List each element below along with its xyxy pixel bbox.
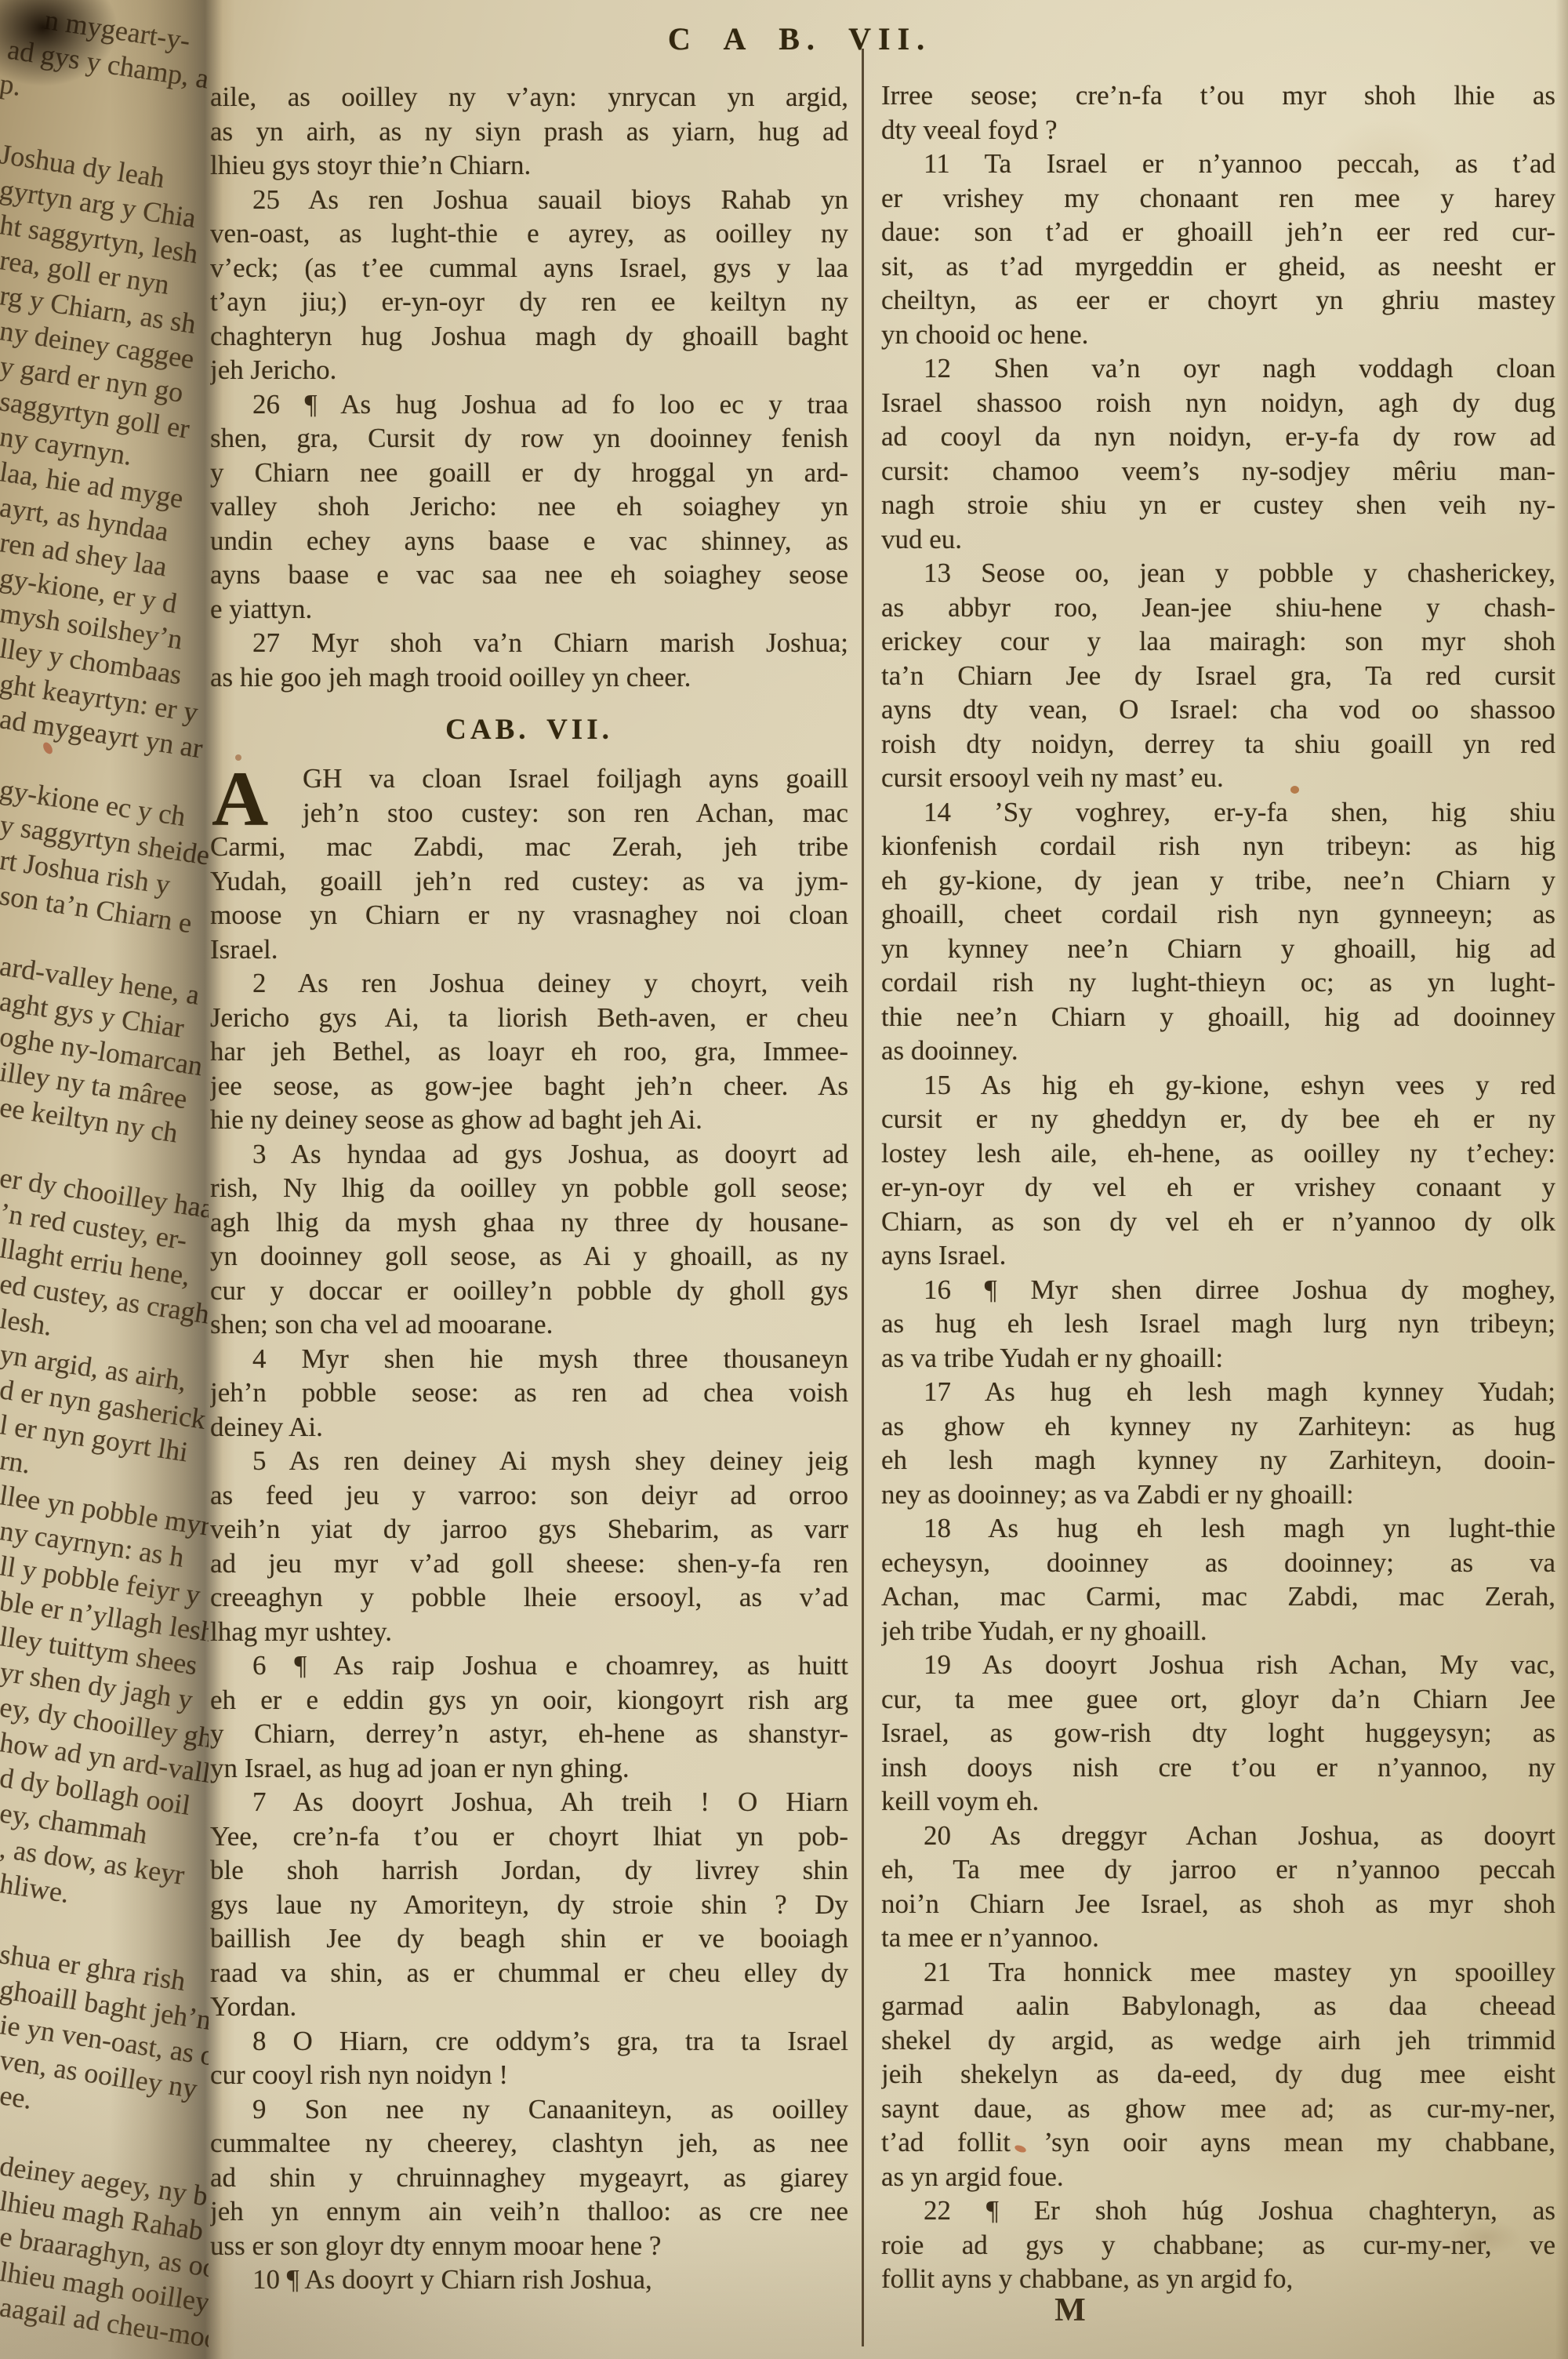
text-line: daue: son t’ad er ghoaill jeh’n eer red …: [881, 215, 1555, 249]
text-line: 14 ’Sy voghrey, er-y-fa shen, hig shiu: [881, 795, 1555, 830]
text-line: ghoaill, cheet cordail rish nyn gynneeyn…: [881, 897, 1555, 932]
text-line: keill voym eh.: [881, 1784, 1555, 1819]
text-line: as abbyr roo, Jean-jee shiu-hene y chash…: [881, 591, 1555, 625]
text-line: 21 Tra honnick mee mastey yn spooilley: [881, 1955, 1555, 1990]
text-line: 6 ¶ As raip Joshua e choamrey, as huitt: [210, 1648, 848, 1683]
text-line: jeh’n pobble seose: as ren ad chea voish: [210, 1376, 848, 1410]
text-line: raad va shin, as er chummal er cheu elle…: [210, 1956, 848, 1990]
verse-paragraph: 21 Tra honnick mee mastey yn spooilleyga…: [881, 1955, 1555, 2194]
text-line: cur cooyl rish nyn noidyn !: [210, 2058, 848, 2092]
text-line: GH va cloan Israel foiljagh ayns goaill: [210, 761, 848, 796]
previous-page-fragments: n mygeart-y-ad gys y champ, ap.Joshua dy…: [0, 0, 209, 2354]
verse-paragraph: 25 As ren Joshua sauail bioys Rahab ynve…: [210, 183, 848, 387]
text-line: cursit er ny gheddyn er, dy bee eh er ny: [881, 1102, 1555, 1136]
verse-paragraph: 27 Myr shoh va’n Chiarn marish Joshua;as…: [210, 626, 848, 694]
text-line: erickey cour y laa mairagh: son myr shoh: [881, 624, 1555, 659]
left-column: aile, as ooilley ny v’ayn: ynrycan yn ar…: [210, 80, 848, 2297]
text-line: eh lesh magh kynney ny Zarhiteyn, dooin-: [881, 1443, 1555, 1478]
text-line: e yiattyn.: [210, 592, 848, 627]
text-line: cursit: chamoo veem’s ny-sodjey mêriu ma…: [881, 454, 1555, 489]
text-line: ad cooyl da nyn noidyn, er-y-fa dy row a…: [881, 420, 1555, 454]
verse-paragraph: 13 Seose oo, jean y pobble y chashericke…: [881, 556, 1555, 795]
text-line: roish dty noidyn, derrey ta shiu goaill …: [881, 727, 1555, 761]
text-line: y Chiarn, derrey’n astyr, eh-hene as sha…: [210, 1717, 848, 1751]
text-line: 17 As hug eh lesh magh kynney Yudah;: [881, 1375, 1555, 1409]
right-column: Irree seose; cre’n-fa t’ou myr shoh lhie…: [881, 78, 1555, 2296]
text-line: y Chiarn nee goaill er dy hroggal yn ard…: [210, 456, 848, 490]
text-line: as feed jeu y varroo: son deiyr ad orroo: [210, 1478, 848, 1513]
text-line: cur y doccar er ooilley’n pobble dy ghol…: [210, 1274, 848, 1308]
text-line: 11 Ta Israel er n’yannoo peccah, as t’ad: [881, 147, 1555, 181]
text-line: ad jeu myr v’ad goll sheese: shen-y-fa r…: [210, 1547, 848, 1581]
text-line: har jeh Bethel, as loayr eh roo, gra, Im…: [210, 1034, 848, 1069]
verse-paragraph: 20 As dreggyr Achan Joshua, as dooyrteh,…: [881, 1819, 1555, 1955]
text-line: er-yn-oyr dy vel eh er vrishey conaant y: [881, 1170, 1555, 1205]
text-line: ven-oast, as lught-thie e ayrey, as ooil…: [210, 216, 848, 251]
text-line: yn Israel, as hug ad joan er nyn ghing.: [210, 1751, 848, 1786]
text-line: Carmi, mac Zabdi, mac Zerah, jeh tribe: [210, 830, 848, 864]
text-line: cordail rish ny lught-thieyn oc; as yn l…: [881, 965, 1555, 1000]
text-line: cursit ersooyl veih ny mast’ eu.: [881, 761, 1555, 795]
text-line: sit, as t’ad myrgeddin er gheid, as nees…: [881, 249, 1555, 284]
verse-paragraph: 15 As hig eh gy-kione, eshyn vees y redc…: [881, 1068, 1555, 1273]
text-line: creeaghyn y pobble lheie ersooyl, as v’a…: [210, 1580, 848, 1615]
text-line: jee seose, as gow-jee baght jeh’n cheer.…: [210, 1069, 848, 1103]
text-line: t’ayn jiu;) er-yn-oyr dy ren ee keiltyn …: [210, 285, 848, 319]
text-line: 27 Myr shoh va’n Chiarn marish Joshua;: [210, 626, 848, 660]
text-line: gys laue ny Amoriteyn, dy stroie shin ? …: [210, 1888, 848, 1922]
text-line: 20 As dreggyr Achan Joshua, as dooyrt: [881, 1819, 1555, 1853]
text-line: Israel, as gow-rish dty loght huggeysyn;…: [881, 1716, 1555, 1750]
text-line: eh gy-kione, dy jean y tribe, nee’n Chia…: [881, 863, 1555, 898]
verse-paragraph: Irree seose; cre’n-fa t’ou myr shoh lhie…: [881, 78, 1555, 147]
text-line: chaghteryn hug Joshua magh dy ghoaill ba…: [210, 319, 848, 354]
text-line: moose yn Chiarn er ny vrasnaghey noi clo…: [210, 898, 848, 932]
text-line: 18 As hug eh lesh magh yn lught-thie: [881, 1511, 1555, 1546]
text-line: lhieu gys stoyr thie’n Chiarn.: [210, 148, 848, 183]
text-line: cheiltyn, as eer er choyrt yn ghriu mast…: [881, 283, 1555, 318]
text-line: agh lhig da mysh ghaa ny three dy housan…: [210, 1205, 848, 1240]
text-line: er vrishey my chonaant ren mee y harey: [881, 181, 1555, 216]
text-line: 12 Shen va’n oyr nagh voddagh cloan: [881, 351, 1555, 386]
page-bottom-shadow: [0, 2202, 1568, 2359]
column-rule: [862, 49, 864, 2346]
text-line: as ghow eh kynney ny Zarhiteyn: as hug: [881, 1409, 1555, 1444]
verse-paragraph: 26 ¶ As hug Joshua ad fo loo ec y traash…: [210, 387, 848, 627]
text-line: valley shoh Jericho: nee eh soiaghey yn: [210, 489, 848, 524]
text-line: 3 As hyndaa ad gys Joshua, as dooyrt ad: [210, 1137, 848, 1172]
text-line: lostey lesh aile, eh-hene, as ooilley ny…: [881, 1136, 1555, 1171]
text-line: vud eu.: [881, 522, 1555, 557]
verse-paragraph: 18 As hug eh lesh magh yn lught-thieeche…: [881, 1511, 1555, 1648]
verse-paragraph: 8 O Hiarn, cre oddym’s gra, tra ta Israe…: [210, 2024, 848, 2092]
text-line: 2 As ren Joshua deiney y choyrt, veih: [210, 966, 848, 1001]
text-line: jeh Jericho.: [210, 353, 848, 387]
text-line: 9 Son nee ny Canaaniteyn, as ooilley: [210, 2092, 848, 2127]
text-line: echeysyn, dooinney as dooinney; as va: [881, 1546, 1555, 1580]
text-line: jeh’n stoo custey: son ren Achan, mac: [210, 796, 848, 831]
text-line: veih’n yiat dy jarroo gys Shebarim, as v…: [210, 1512, 848, 1547]
text-line: yn dooinney goll seose, as Ai y ghoaill,…: [210, 1239, 848, 1274]
text-line: kionfenish cordail rish nyn tribeyn: as …: [881, 829, 1555, 863]
drop-cap-initial: A: [212, 766, 268, 832]
verse-paragraph: 6 ¶ As raip Joshua e choamrey, as huitte…: [210, 1648, 848, 1785]
text-line: shekel dy argid, as wedge airh jeh trimm…: [881, 2023, 1555, 2058]
verse-paragraph: 7 As dooyrt Joshua, Ah treih ! O HiarnYe…: [210, 1785, 848, 2024]
text-line: 5 As ren deiney Ai mysh shey deiney jeig: [210, 1444, 848, 1478]
text-line: dty veeal foyd ?: [881, 113, 1555, 147]
text-line: Yordan.: [210, 1990, 848, 2024]
text-line: saynt daue, as ghow mee ad; as cur-my-ne…: [881, 2092, 1555, 2126]
text-line: ta’n Chiarn Jee dy Israel gra, Ta red cu…: [881, 659, 1555, 693]
text-line: ad shin y chruinnaghey mygeayrt, as giar…: [210, 2161, 848, 2195]
text-line: as hug eh lesh Israel magh lurg nyn trib…: [881, 1307, 1555, 1341]
text-line: shen, gra, Cursit dy row yn dooinney fen…: [210, 421, 848, 456]
text-line: thie nee’n Chiarn y ghoaill, hig ad dooi…: [881, 1000, 1555, 1034]
text-line: 7 As dooyrt Joshua, Ah treih ! O Hiarn: [210, 1785, 848, 1819]
text-line: hie ny deiney seose as ghow ad baght jeh…: [210, 1103, 848, 1137]
text-line: ayns Israel.: [881, 1238, 1555, 1273]
text-line: Chiarn, as son dy vel eh er n’yannoo dy …: [881, 1205, 1555, 1239]
verse-paragraph: 16 ¶ Myr shen dirree Joshua dy moghey,as…: [881, 1273, 1555, 1376]
text-line: Irree seose; cre’n-fa t’ou myr shoh lhie…: [881, 78, 1555, 113]
text-line: 15 As hig eh gy-kione, eshyn vees y red: [881, 1068, 1555, 1103]
text-line: 25 As ren Joshua sauail bioys Rahab yn: [210, 183, 848, 217]
text-line: yn kynney nee’n Chiarn y ghoaill, hig ad: [881, 932, 1555, 966]
text-line: Israel shassoo roish nyn noidyn, agh dy …: [881, 386, 1555, 420]
text-line: ney as dooinney; as va Zabdi er ny ghoai…: [881, 1478, 1555, 1512]
verse-paragraph: 12 Shen va’n oyr nagh voddagh cloanIsrae…: [881, 351, 1555, 556]
text-line: t’ad follit ’syn ooir ayns mean my chabb…: [881, 2125, 1555, 2160]
text-line: 4 Myr shen hie mysh three thousaneyn: [210, 1342, 848, 1376]
text-line: Achan, mac Carmi, mac Zabdi, mac Zerah,: [881, 1579, 1555, 1614]
text-line: as yn airh, as ny siyn prash as yiarn, h…: [210, 114, 848, 149]
verse-paragraph: 2 As ren Joshua deiney y choyrt, veihJer…: [210, 966, 848, 1137]
text-line: Yudah, goaill jeh’n red custey: as va jy…: [210, 864, 848, 899]
text-line: noi’n Chiarn Jee Israel, as shoh as myr …: [881, 1887, 1555, 1921]
text-line: jeh tribe Yudah, er ny ghoaill.: [881, 1614, 1555, 1648]
verse-paragraph: AGH va cloan Israel foiljagh ayns goaill…: [210, 761, 848, 966]
page-edge-shadow: [1555, 0, 1568, 2359]
verse-paragraph: 5 As ren deiney Ai mysh shey deiney jeig…: [210, 1444, 848, 1648]
text-line: eh, Ta mee dy jarroo er n’yannoo peccah: [881, 1852, 1555, 1887]
text-line: shen; son cha vel ad mooarane.: [210, 1307, 848, 1342]
text-line: Israel.: [210, 932, 848, 967]
text-line: as yn argid foue.: [881, 2160, 1555, 2194]
text-line: ayns dty vean, O Israel: cha vod oo shas…: [881, 692, 1555, 727]
text-line: cur, ta mee guee ort, gloyr da’n Chiarn …: [881, 1682, 1555, 1717]
text-line: garmad aalin Babylonagh, as daa cheead: [881, 1989, 1555, 2023]
text-line: ble shoh harrish Jordan, dy livrey shin: [210, 1853, 848, 1888]
verse-paragraph: 4 Myr shen hie mysh three thousaneynjeh’…: [210, 1342, 848, 1445]
text-line: nagh stroie shiu yn er custey shen veih …: [881, 488, 1555, 522]
text-line: eh er e eddin gys yn ooir, kiongoyrt ris…: [210, 1683, 848, 1717]
verse-paragraph: 19 As dooyrt Joshua rish Achan, My vac,c…: [881, 1648, 1555, 1819]
verse-paragraph: 11 Ta Israel er n’yannoo peccah, as t’ad…: [881, 147, 1555, 351]
text-line: insh dooys nish cre t’ou er n’yannoo, ny: [881, 1750, 1555, 1785]
text-line: ayns baase e vac saa nee eh soiaghey seo…: [210, 558, 848, 592]
text-line: cummaltee ny cheerey, clashtyn jeh, as n…: [210, 2126, 848, 2161]
text-line: 19 As dooyrt Joshua rish Achan, My vac,: [881, 1648, 1555, 1682]
text-line: aile, as ooilley ny v’ayn: ynrycan yn ar…: [210, 80, 848, 114]
verse-paragraph: 3 As hyndaa ad gys Joshua, as dooyrt adr…: [210, 1137, 848, 1342]
text-line: deiney Ai.: [210, 1410, 848, 1445]
running-head: C A B. VII.: [408, 20, 1192, 57]
chapter-heading: CAB. VII.: [210, 694, 848, 761]
text-line: Yee, cre’n-fa t’ou er choyrt lhiat yn po…: [210, 1819, 848, 1854]
text-line: yn chooid oc hene.: [881, 318, 1555, 352]
text-line: Jericho gys Ai, ta liorish Beth-aven, er…: [210, 1001, 848, 1035]
text-line: baillish Jee dy beagh shin er ve booiagh: [210, 1921, 848, 1956]
text-line: as hie goo jeh magh trooid ooilley yn ch…: [210, 660, 848, 695]
binding-corner-shadow: [0, 0, 118, 86]
text-line: as va tribe Yudah er ny ghoaill:: [881, 1341, 1555, 1376]
book-page-scan: n mygeart-y-ad gys y champ, ap.Joshua dy…: [0, 0, 1568, 2359]
text-line: rish, Ny lhig da ooilley yn pobble goll …: [210, 1171, 848, 1205]
text-line: as dooinney.: [881, 1034, 1555, 1068]
verse-paragraph: 14 ’Sy voghrey, er-y-fa shen, hig shiuki…: [881, 795, 1555, 1068]
text-line: 16 ¶ Myr shen dirree Joshua dy moghey,: [881, 1273, 1555, 1307]
text-line: 13 Seose oo, jean y pobble y chashericke…: [881, 556, 1555, 591]
text-line: 8 O Hiarn, cre oddym’s gra, tra ta Israe…: [210, 2024, 848, 2059]
text-line: undin echey ayns baase e vac shinney, as: [210, 524, 848, 558]
verse-paragraph: 17 As hug eh lesh magh kynney Yudah;as g…: [881, 1375, 1555, 1511]
text-line: v’eck; (as t’ee cummal ayns Israel, gys …: [210, 251, 848, 285]
text-line: jeih shekelyn as da-eed, dy dug mee eish…: [881, 2057, 1555, 2092]
text-line: 26 ¶ As hug Joshua ad fo loo ec y traa: [210, 387, 848, 422]
text-line: lhag myr ushtey.: [210, 1615, 848, 1649]
text-line: ta mee er n’yannoo.: [881, 1921, 1555, 1955]
verse-paragraph: aile, as ooilley ny v’ayn: ynrycan yn ar…: [210, 80, 848, 183]
